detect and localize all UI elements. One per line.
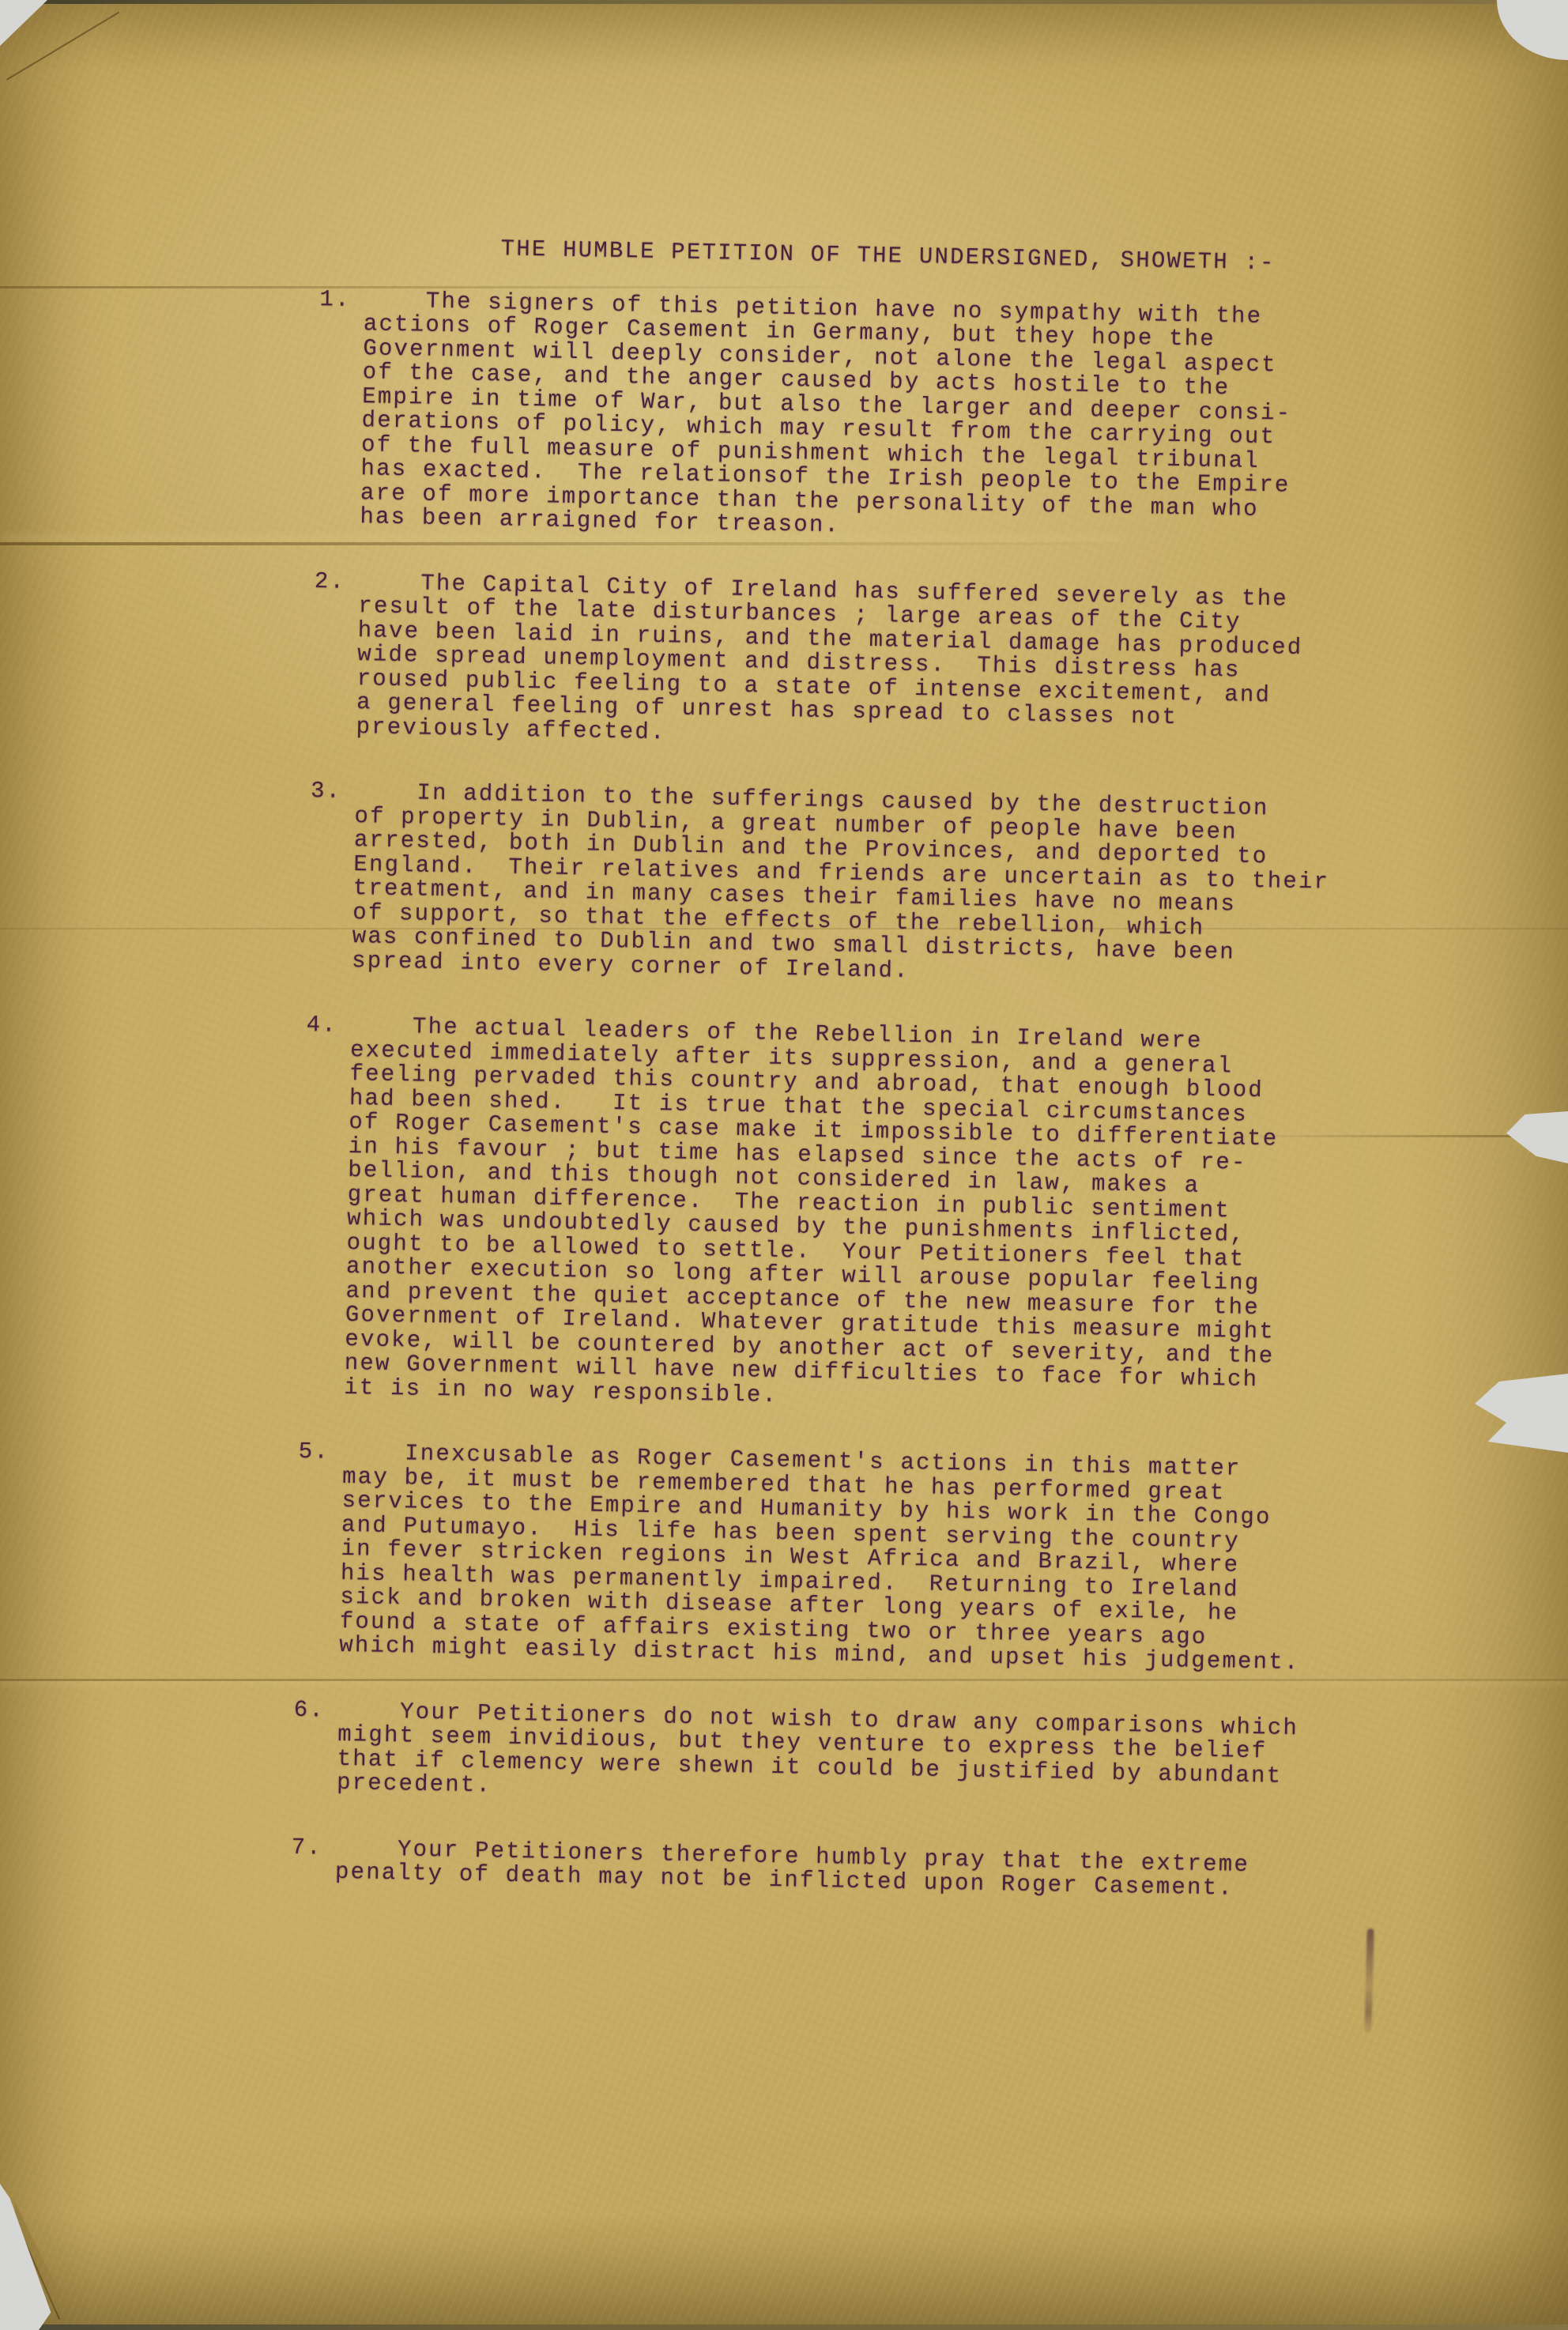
page-edge-shadow <box>0 0 1495 4</box>
paragraph-text: The actual leaders of the Rebellion in I… <box>344 1014 1361 1418</box>
paragraph-number: 1. <box>311 287 364 529</box>
document-title: THE HUMBLE PETITION OF THE UNDERSIGNED, … <box>500 237 1374 277</box>
torn-edge <box>0 0 47 46</box>
petition-paragraph-7: 7. Your Petitioners therefore humbly pra… <box>286 1835 1346 1903</box>
page-edge-shadow <box>33 2324 1568 2330</box>
paragraph-text: In addition to the sufferings caused by … <box>352 780 1365 991</box>
torn-edge <box>1506 1111 1568 1163</box>
paragraph-number: 3. <box>303 779 355 973</box>
petition-paragraph-6: 6. Your Petitioners do not wish to draw … <box>288 1698 1348 1814</box>
petition-paragraph-2: 2. The Capital City of Ireland has suffe… <box>307 569 1369 757</box>
torn-edge <box>1497 0 1568 60</box>
paragraph-number: 4. <box>295 1013 351 1400</box>
ink-smudge <box>1364 1928 1374 2033</box>
petition-paragraph-5: 5. Inexcusable as Roger Casement's actio… <box>290 1440 1353 1676</box>
paragraph-number: 6. <box>288 1698 338 1795</box>
paragraph-text: Inexcusable as Roger Casement's actions … <box>339 1441 1353 1676</box>
torn-edge <box>0 2184 55 2330</box>
petition-paragraph-3: 3. In addition to the sufferings caused … <box>303 779 1365 992</box>
paragraph-number: 7. <box>286 1835 336 1884</box>
paragraph-number: 2. <box>307 569 359 739</box>
torn-edge <box>1475 1374 1568 1453</box>
scanned-petition-page: THE HUMBLE PETITION OF THE UNDERSIGNED, … <box>0 0 1568 2330</box>
petition-paragraph-4: 4. The actual leaders of the Rebellion i… <box>295 1013 1361 1418</box>
paragraph-text: Your Petitioners do not wish to draw any… <box>337 1698 1348 1813</box>
typed-text-block: THE HUMBLE PETITION OF THE UNDERSIGNED, … <box>286 234 1375 1903</box>
paragraph-text: The Capital City of Ireland has suffered… <box>356 571 1369 758</box>
petition-paragraph-1: 1. The signers of this petition have no … <box>311 287 1374 548</box>
paragraph-text: Your Petitioners therefore humbly pray t… <box>335 1836 1346 1902</box>
paragraph-text: The signers of this petition have no sym… <box>360 288 1374 548</box>
paragraph-number: 5. <box>290 1440 343 1658</box>
paper-sheet: THE HUMBLE PETITION OF THE UNDERSIGNED, … <box>0 0 1568 2330</box>
